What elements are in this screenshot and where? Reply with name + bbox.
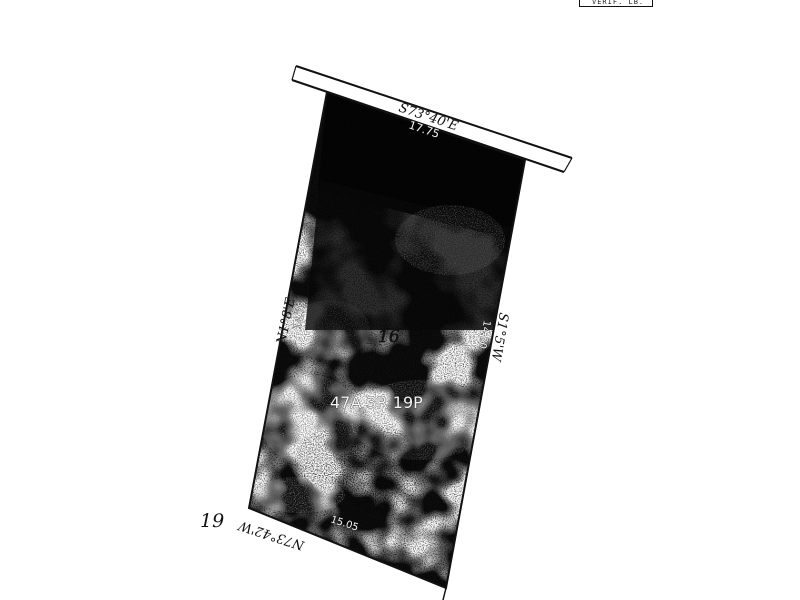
lot-number-label: 16 [378,327,400,347]
survey-plan-drawing: S73°40'E 17.75 N1°8'E 14.75 S1°5'W 14.20… [0,0,800,600]
lot-area-label: 47A 3R 19P [330,393,423,412]
adjacent-lot-number-label: 19 [200,510,224,532]
boundary-tick [443,588,446,600]
